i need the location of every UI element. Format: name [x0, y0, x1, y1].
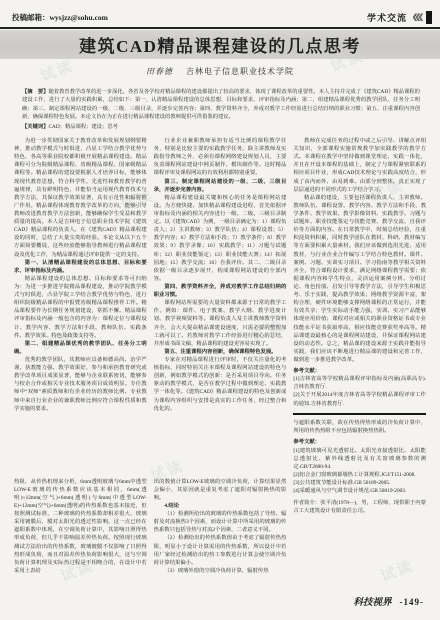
article-title: 建筑CAD精品课程建设的几点思考 — [79, 32, 361, 57]
title-band: 建筑CAD精品课程建设的几点思考 — [0, 30, 440, 59]
section-heading: 第五、注重课程内容创新，确保课程特色发展。 — [154, 348, 287, 356]
paragraph: 课程网站所需要的大量资料都来源于日常的教学工作。例如：课件、电子教案、教学大纲、… — [154, 299, 287, 348]
article-separator — [293, 413, 426, 416]
keywords: 【关键词】CAD；精品课程；建设；思考 — [22, 123, 420, 131]
abstract-text: 随着教育教学改革的进一步深化，各省及各学校对精品课程的建设都提出了较高的要求，体… — [22, 89, 420, 120]
column-2: 行业企业兼职教师承担有适当比例的课程教学任务，特别是比较主要的实践教学任务。除主… — [154, 137, 287, 575]
reference-item: [1]建筑玻璃可见光透射比、太阳光直接透射比、太阳能总透射比、紫外线透射比及有关… — [293, 447, 426, 471]
frontmatter: 【摘 要】随着教育教学改革的进一步深化，各省及各学校对精品课程的建设都提出了较高… — [22, 88, 420, 133]
continued-article-heading: 4.结论 — [154, 502, 287, 510]
section-label: 学术交流 《《《 — [367, 11, 432, 24]
journal-name: 科技视界 — [353, 594, 391, 608]
chevrons-icon: 《《《 — [409, 12, 422, 23]
references-heading: 参考文献： — [293, 367, 426, 375]
page-header: 投稿邮箱：wysjzz@sohu.com 学术交流 《《《 — [12, 11, 432, 24]
abstract-label: 【摘 要】 — [22, 89, 49, 95]
continued-article-paragraph: （1）检测所给出的玻璃的传热系数包括了导热、辐射及对流换热3个因素，而设计计算中… — [154, 510, 287, 534]
continued-article-paragraph: （3）玻璃外窗的空调冷负荷计算，辐射传热 — [154, 567, 287, 575]
keywords-label: 【关键词】 — [22, 124, 49, 130]
paragraph: 为进一步贯彻国家关于教育改革和发展规划纲要精神，推动教学模式与时俱进，凸显工学结… — [14, 137, 147, 259]
paragraph: 精品课程建设的总体思想、目标和要求等可归纳为：为进一步推进学院精品课程建设，推动… — [14, 275, 147, 340]
column-gap — [14, 413, 147, 478]
reference-item: [1]吉林省高等学校精品课程评审指标及内涵(高职高专).吉林省教育厅. — [293, 375, 426, 391]
column-gap — [154, 413, 287, 478]
continued-article-paragraph: 热阻，从传热机理来分析，6mm透明玻璃与6mm中透型LOW-E玻璃的传热系数应该… — [14, 478, 147, 575]
column-3: 教师在完成任务的过程中或之后引导、讲解点评相关知识，全部课程实施常规教学加实践教… — [293, 137, 426, 575]
author-affiliation: 吉林电子信息职业技术学院 — [186, 67, 294, 76]
reference-item: [3]公共建筑节能设计标准.GB 50189-2005. — [293, 479, 426, 487]
section-heading: 第二、组建精品课优秀的教学团队、任务分工明确。 — [14, 340, 147, 356]
abstract: 【摘 要】随着教育教学改革的进一步深化，各省及各学校对精品课程的建设都提出了较高… — [22, 88, 420, 121]
section-title: 学术交流 — [367, 11, 407, 24]
continued-article-paragraph: 与遮阳系数关联，故在传热得热形成的冷负荷计算中，所用的传热热阻不应包括辐射换热热… — [293, 419, 426, 435]
paragraph: 精品课的建设，主要包括课程负责人、主讲教师、教师队伍、课程设置、教学内容、教学方… — [293, 194, 426, 364]
body-columns: 为进一步贯彻国家关于教育改革和发展规划纲要精神，推动教学模式与时俱进，凸显工学结… — [14, 137, 426, 575]
submission-email: 投稿邮箱：wysjzz@sohu.com — [12, 12, 108, 23]
header-divider — [0, 27, 440, 29]
paragraph: 教师在完成任务的过程中或之后引导、讲解点评相关知识，全部课程实施常规教学加实践教… — [293, 137, 426, 194]
section-heading: 第三、制定课程网站建设的一级、二级、三级目录，并逐步完善内容。 — [154, 178, 287, 194]
paragraph: 专家在对精品课程进行评审时，不仅关注量化的考核指标，同时特别关注本课程及课程网站… — [154, 356, 287, 413]
keywords-text: CAD；精品课程；建设；思考 — [49, 124, 118, 130]
paragraph: 精品课程建设最关键和核心的任务是课程网站建设。为方便快捷、加快精品课程建设进程，… — [154, 194, 287, 283]
column-1: 为进一步贯彻国家关于教育改革和发展规划纲要精神，推动教学模式与时俱进，凸显工学结… — [14, 137, 147, 575]
continued-article-paragraph: （2）检测给出的传热系数值由于考虑了辐射传热热阻，明显小于设计计算需用的传热系数… — [154, 534, 287, 566]
paragraph: 行业企业兼职教师承担有适当比例的课程教学任务，特别是比较主要的实践教学任务。除主… — [154, 137, 287, 178]
reference-item: [2]铝合金门窗玻璃幕墙热工计算规程.JGJ/T151-2008. — [293, 471, 426, 479]
author-bio: 作者简介：张平清(1978—)，男，工程师，现供职于内蒙古工大建筑设计有限责任公… — [293, 499, 426, 515]
paragraph: 优秀的教学团队，其教师应具备师德高尚、治学严谨、执教能力强、教学效果好，参与和承… — [14, 356, 147, 413]
author-line: 田春德 吉林电子信息职业技术学院 — [0, 66, 440, 77]
reference-item: [2]关于开展2014年度吉林省高等学校精品课程评审工作的通知.吉林省教育厅. — [293, 391, 426, 407]
page-number: -149- — [400, 597, 425, 607]
references-heading: 参考文献： — [293, 438, 426, 446]
reference-item: [4]采暖通风与空气调节设计规范.GB 50019-2003. — [293, 487, 426, 495]
header-bar-mark — [426, 11, 432, 24]
continued-article-paragraph: 出的数值计算LOW-E玻璃的空调冷负荷，计算结果显然会偏小，其原因就是重复考虑了… — [154, 478, 287, 502]
section-heading: 第四、教学资料齐全，养成对教学工作总结归纳的职业习惯。 — [154, 283, 287, 299]
section-heading: 第一、认清精品课程建设的总体思想、目标和要求、评审指标及内涵。 — [14, 259, 147, 275]
page-footer: 科技视界 -149- — [353, 594, 424, 608]
author-name: 田春德 — [146, 67, 173, 76]
